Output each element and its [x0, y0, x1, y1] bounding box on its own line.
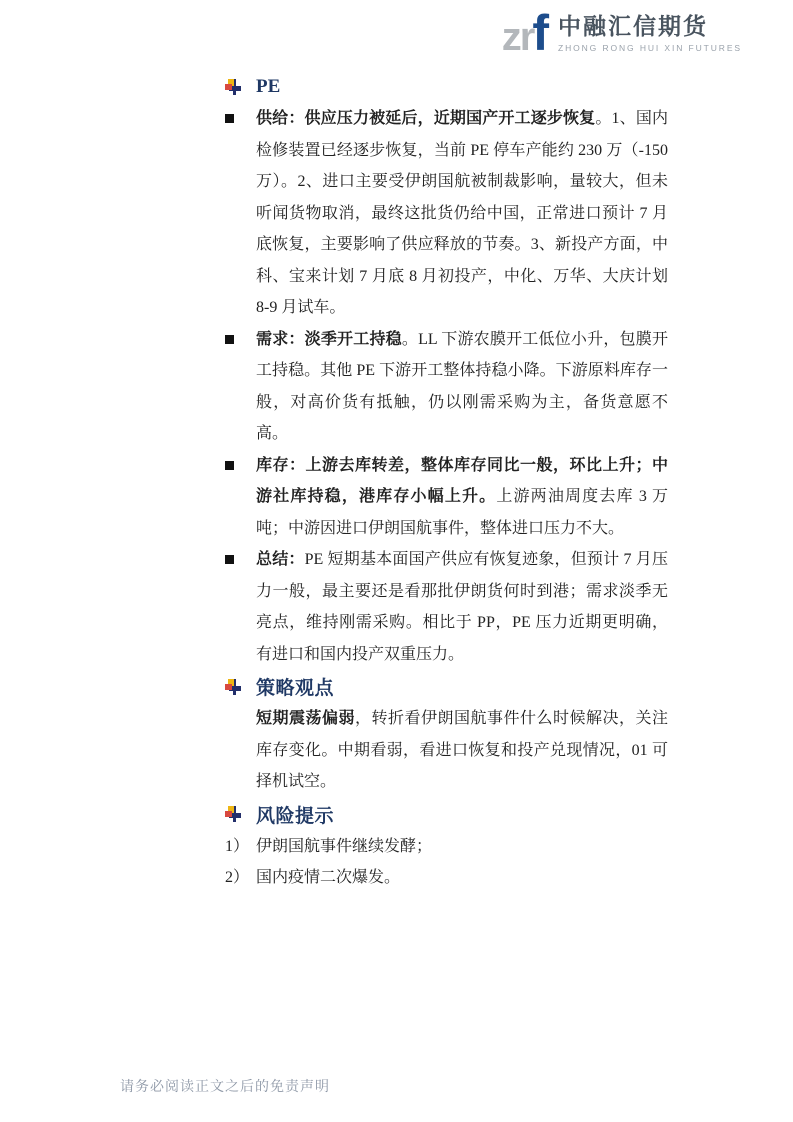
colored-bullet-icon [225, 806, 241, 822]
paragraph-supply: 供给：供应压力被延后，近期国产开工逐步恢复。1、国内检修装置已经逐步恢复，当前 … [225, 103, 668, 324]
risk-item: 2） 国内疫情二次爆发。 [225, 862, 668, 894]
paragraph-inventory: 库存：上游去库转差，整体库存同比一般，环比上升；中游社库持稳，港库存小幅上升。上… [225, 450, 668, 545]
square-bullet-icon [225, 555, 234, 564]
risk-item: 1） 伊朗国航事件继续发酵； [225, 831, 668, 863]
section-title-risk: 风险提示 [256, 801, 334, 828]
square-bullet-icon [225, 461, 234, 470]
logo-zr-letters: zr [502, 22, 534, 53]
paragraph-summary-text: PE 短期基本面国产供应有恢复迹象，但预计 7 月压力一般，最主要还是看那批伊朗… [256, 551, 668, 663]
paragraph-supply-text: 。1、国内检修装置已经逐步恢复，当前 PE 停车产能约 230 万（-150 万… [256, 110, 668, 316]
logo-zrf-mark: zr f [502, 14, 549, 53]
paragraph-summary-lead: 总结： [256, 551, 305, 568]
square-bullet-icon [225, 114, 234, 123]
risk-item-text: 伊朗国航事件继续发酵； [256, 838, 432, 855]
section-title-strategy: 策略观点 [256, 673, 334, 700]
company-name-cn: 中融汇信期货 [558, 14, 742, 39]
risk-item-number: 1） [225, 831, 249, 863]
paragraph-summary: 总结：PE 短期基本面国产供应有恢复迹象，但预计 7 月压力一般，最主要还是看那… [225, 544, 668, 670]
colored-bullet-icon [225, 679, 241, 695]
footer-disclaimer: 请务必阅读正文之后的免责声明 [120, 1076, 330, 1096]
risk-item-number: 2） [225, 862, 249, 894]
section-heading-risk: 风险提示 [225, 798, 668, 831]
logo-text-block: 中融汇信期货 ZHONG RONG HUI XIN FUTURES [558, 14, 742, 52]
paragraph-strategy-lead: 短期震荡偏弱 [256, 710, 355, 727]
risk-item-text: 国内疫情二次爆发。 [256, 869, 400, 886]
logo-f-letter: f [532, 14, 549, 53]
company-name-en: ZHONG RONG HUI XIN FUTURES [558, 43, 742, 53]
section-title-pe: PE [256, 76, 280, 98]
report-body: PE 供给：供应压力被延后，近期国产开工逐步恢复。1、国内检修装置已经逐步恢复，… [225, 70, 668, 894]
paragraph-demand: 需求：淡季开工持稳。LL 下游农膜开工低位小升，包膜开工持稳。其他 PE 下游开… [225, 324, 668, 450]
section-heading-pe: PE [225, 70, 668, 103]
section-heading-strategy: 策略观点 [225, 670, 668, 703]
company-logo: zr f 中融汇信期货 ZHONG RONG HUI XIN FUTURES [502, 14, 742, 53]
square-bullet-icon [225, 335, 234, 344]
paragraph-demand-lead: 需求：淡季开工持稳 [256, 331, 402, 348]
paragraph-supply-lead: 供给：供应压力被延后，近期国产开工逐步恢复 [256, 110, 595, 127]
colored-bullet-icon [225, 79, 241, 95]
paragraph-strategy: 短期震荡偏弱，转折看伊朗国航事件什么时候解决，关注库存变化。中期看弱，看进口恢复… [225, 703, 668, 798]
